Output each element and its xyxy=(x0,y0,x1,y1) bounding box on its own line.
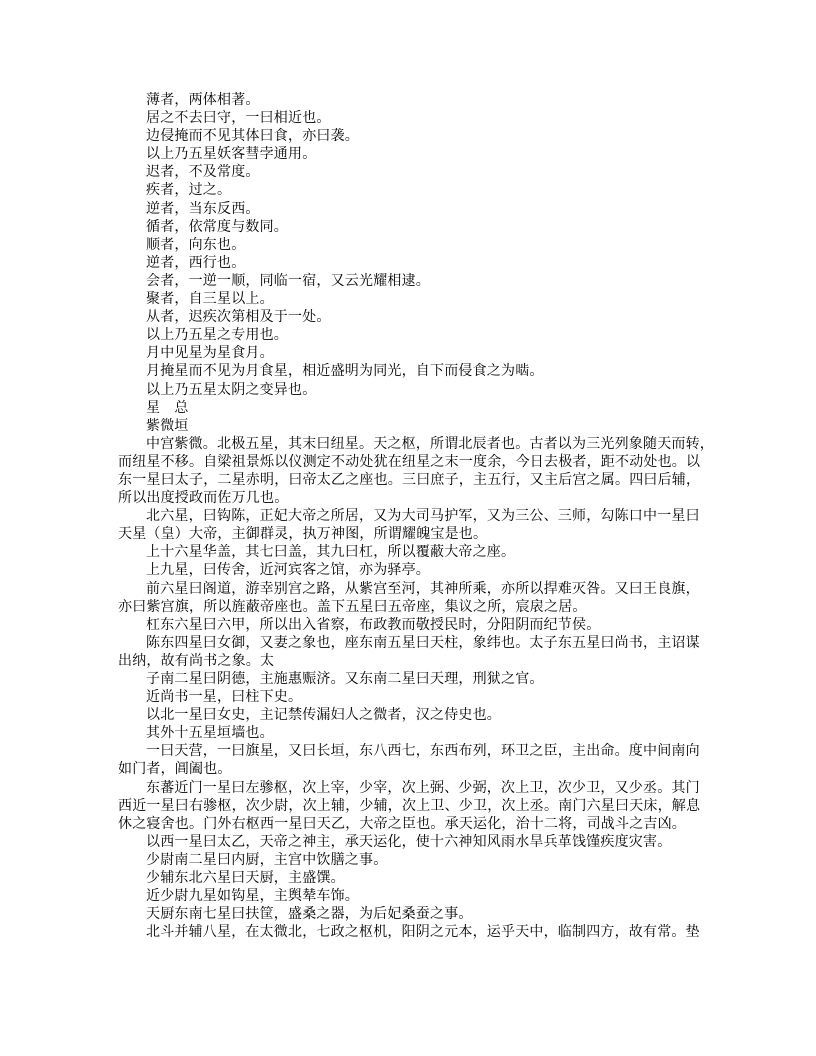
text-line: 薄者，两体相著。 xyxy=(118,92,704,110)
text-line: 所以出度授政而佐万几也。 xyxy=(118,490,704,508)
text-line: 少辅东北六星曰天厨，主盛馔。 xyxy=(118,870,704,888)
text-line: 迟者，不及常度。 xyxy=(118,164,704,182)
text-line: 以上乃五星妖客彗孛通用。 xyxy=(118,146,704,164)
text-line: 星 总 xyxy=(118,400,704,418)
text-line: 近尚书一星，曰柱下史。 xyxy=(118,689,704,707)
text-line: 以上乃五星之专用也。 xyxy=(118,327,704,345)
text-line: 以西一星曰太乙，天帝之神主，承天运化，使十六神知风雨水旱兵革饯馑疾度灾害。 xyxy=(118,834,704,852)
text-line: 边侵掩而不见其体曰食，亦曰袭。 xyxy=(118,128,704,146)
text-line: 西近一星曰右骖枢，次少尉，次上辅，少辅，次上卫、少卫，次上丞。南门六星曰天床，解… xyxy=(118,798,704,816)
text-line: 中宫紫微。北极五星，其末曰纽星。天之枢，所谓北辰者也。古者以为三光列象随天而转， xyxy=(118,436,704,454)
text-line: 其外十五星垣墙也。 xyxy=(118,725,704,743)
text-line: 北斗并辅八星，在太微北，七政之枢机，阳阴之元本，运乎天中，临制四方，故有常。垫 xyxy=(118,924,704,942)
text-line: 前六星曰阁道，游幸别宫之路，从紫宫至河，其神所乘，亦所以捍难灭咎。又曰王良旗， xyxy=(118,581,704,599)
text-line: 杠东六星曰六甲，所以出入省察，布政教而敬授民时，分阳阴而纪节侯。 xyxy=(118,617,704,635)
text-line: 聚者，自三星以上。 xyxy=(118,291,704,309)
text-line: 会者，一逆一顺，同临一宿，又云光耀相逮。 xyxy=(118,273,704,291)
text-line: 出纳，故有尚书之象。太 xyxy=(118,653,704,671)
text-line: 子南二星曰阴德，主施惠赈济。又东南二星曰天理，刑狱之官。 xyxy=(118,671,704,689)
text-line: 休之寝舍也。门外右枢西一星曰天乙，大帝之臣也。承天运化，治十二将，司战斗之吉凶。 xyxy=(118,816,704,834)
text-line: 从者，迟疾次第相及于一处。 xyxy=(118,309,704,327)
text-line: 以上乃五星太阴之变异也。 xyxy=(118,382,704,400)
text-line: 紫微垣 xyxy=(118,418,704,436)
text-line: 近少尉九星如钩星，主舆辇车饰。 xyxy=(118,888,704,906)
page-container: 薄者，两体相著。居之不去曰守，一曰相近也。边侵掩而不见其体曰食，亦曰袭。以上乃五… xyxy=(0,0,816,1056)
text-line: 疾者，过之。 xyxy=(118,182,704,200)
text-line: 陈东四星曰女御，又妻之象也，座东南五星曰天柱，象纬也。太子东五星曰尚书，主诏谋 xyxy=(118,635,704,653)
text-line: 一曰天营，一曰旗星，又曰长垣，东八西七，东西布列，环卫之臣，主出命。度中间南向 xyxy=(118,743,704,761)
text-line: 逆者，当东反西。 xyxy=(118,201,704,219)
text-line: 天星（皇）大帝，主御群灵，执万神图，所谓耀魄宝是也。 xyxy=(118,526,704,544)
text-line: 居之不去曰守，一曰相近也。 xyxy=(118,110,704,128)
document-text: 薄者，两体相著。居之不去曰守，一曰相近也。边侵掩而不见其体曰食，亦曰袭。以上乃五… xyxy=(118,92,704,942)
text-line: 东蕃近门一星曰左骖枢，次上宰，少宰，次上弼、少弼，次上卫，次少卫，又少丞。其门 xyxy=(118,780,704,798)
text-line: 循者，依常度与数同。 xyxy=(118,219,704,237)
text-line: 东一星曰太子，二星赤明，曰帝太乙之座也。三曰庶子，主五行，又主后宫之属。四曰后辅… xyxy=(118,472,704,490)
text-line: 北六星，曰钩陈，正妃大帝之所居，又为大司马护军，又为三公、三师，勾陈口中一星曰 xyxy=(118,508,704,526)
text-line: 少尉南二星曰内厨，主宫中饮膳之事。 xyxy=(118,852,704,870)
text-line: 月中见星为星食月。 xyxy=(118,345,704,363)
text-line: 天厨东南七星曰扶筐，盛桑之器，为后妃桑蚕之事。 xyxy=(118,906,704,924)
text-line: 如门者，阊阖也。 xyxy=(118,761,704,779)
text-line: 月掩星而不见为月食星，相近盛明为同光，自下而侵食之为啮。 xyxy=(118,363,704,381)
text-line: 亦曰紫宫旗，所以旌蔽帝座也。盖下五星曰五帝座，集议之所，宸扆之居。 xyxy=(118,599,704,617)
text-line: 顺者，向东也。 xyxy=(118,237,704,255)
text-line: 而纽星不移。自梁祖景烁以仪测定不动处犹在纽星之末一度余，今日去极者，距不动处也。… xyxy=(118,454,704,472)
text-line: 逆者，西行也。 xyxy=(118,255,704,273)
text-line: 上十六星华盖，其七曰盖，其九曰杠，所以覆蔽大帝之座。 xyxy=(118,544,704,562)
text-line: 以北一星曰女史，主记禁传漏妇人之微者，汉之侍史也。 xyxy=(118,707,704,725)
text-line: 上九星，曰传舍，近河宾客之馆，亦为驿亭。 xyxy=(118,562,704,580)
